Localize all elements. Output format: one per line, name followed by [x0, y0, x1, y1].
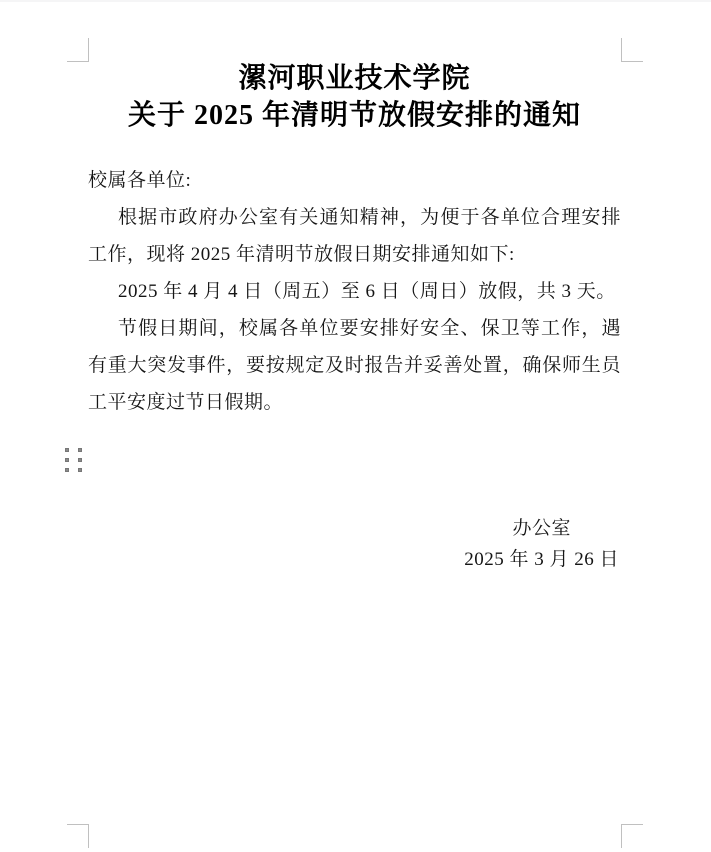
doc-title: 漯河职业技术学院 关于 2025 年清明节放假安排的通知: [88, 60, 621, 134]
signature-unit[interactable]: 办公室: [464, 513, 619, 544]
salutation[interactable]: 校属各单位:: [88, 162, 621, 199]
drag-handle-dot: [78, 458, 82, 462]
margin-mark-bottom-right: [621, 824, 643, 848]
drag-handle-dot: [65, 458, 69, 462]
drag-handle-dot: [78, 448, 82, 452]
document-content: 漯河职业技术学院 关于 2025 年清明节放假安排的通知 校属各单位: 根据市政…: [88, 60, 621, 421]
doc-title-line2[interactable]: 关于 2025 年清明节放假安排的通知: [88, 97, 621, 134]
page-top-edge: [0, 0, 711, 2]
doc-body: 校属各单位: 根据市政府办公室有关通知精神，为便于各单位合理安排工作，现将 20…: [88, 162, 621, 421]
signature-date[interactable]: 2025 年 3 月 26 日: [464, 544, 619, 575]
drag-handle-icon[interactable]: [65, 448, 82, 472]
drag-handle-dot: [65, 468, 69, 472]
body-paragraph[interactable]: 2025 年 4 月 4 日（周五）至 6 日（周日）放假，共 3 天。: [88, 273, 621, 310]
doc-title-line1[interactable]: 漯河职业技术学院: [88, 60, 621, 97]
document-page: { "document": { "title": { "line1": "漯河职…: [0, 0, 711, 852]
drag-handle-dot: [65, 448, 69, 452]
body-paragraph[interactable]: 根据市政府办公室有关通知精神，为便于各单位合理安排工作，现将 2025 年清明节…: [88, 199, 621, 273]
body-paragraph[interactable]: 节假日期间，校属各单位要安排好安全、保卫等工作，遇有重大突发事件，要按规定及时报…: [88, 310, 621, 421]
margin-mark-top-left: [67, 38, 89, 62]
margin-mark-bottom-left: [67, 824, 89, 848]
margin-mark-top-right: [621, 38, 643, 62]
drag-handle-dot: [78, 468, 82, 472]
signature-block: 办公室 2025 年 3 月 26 日: [464, 513, 619, 575]
